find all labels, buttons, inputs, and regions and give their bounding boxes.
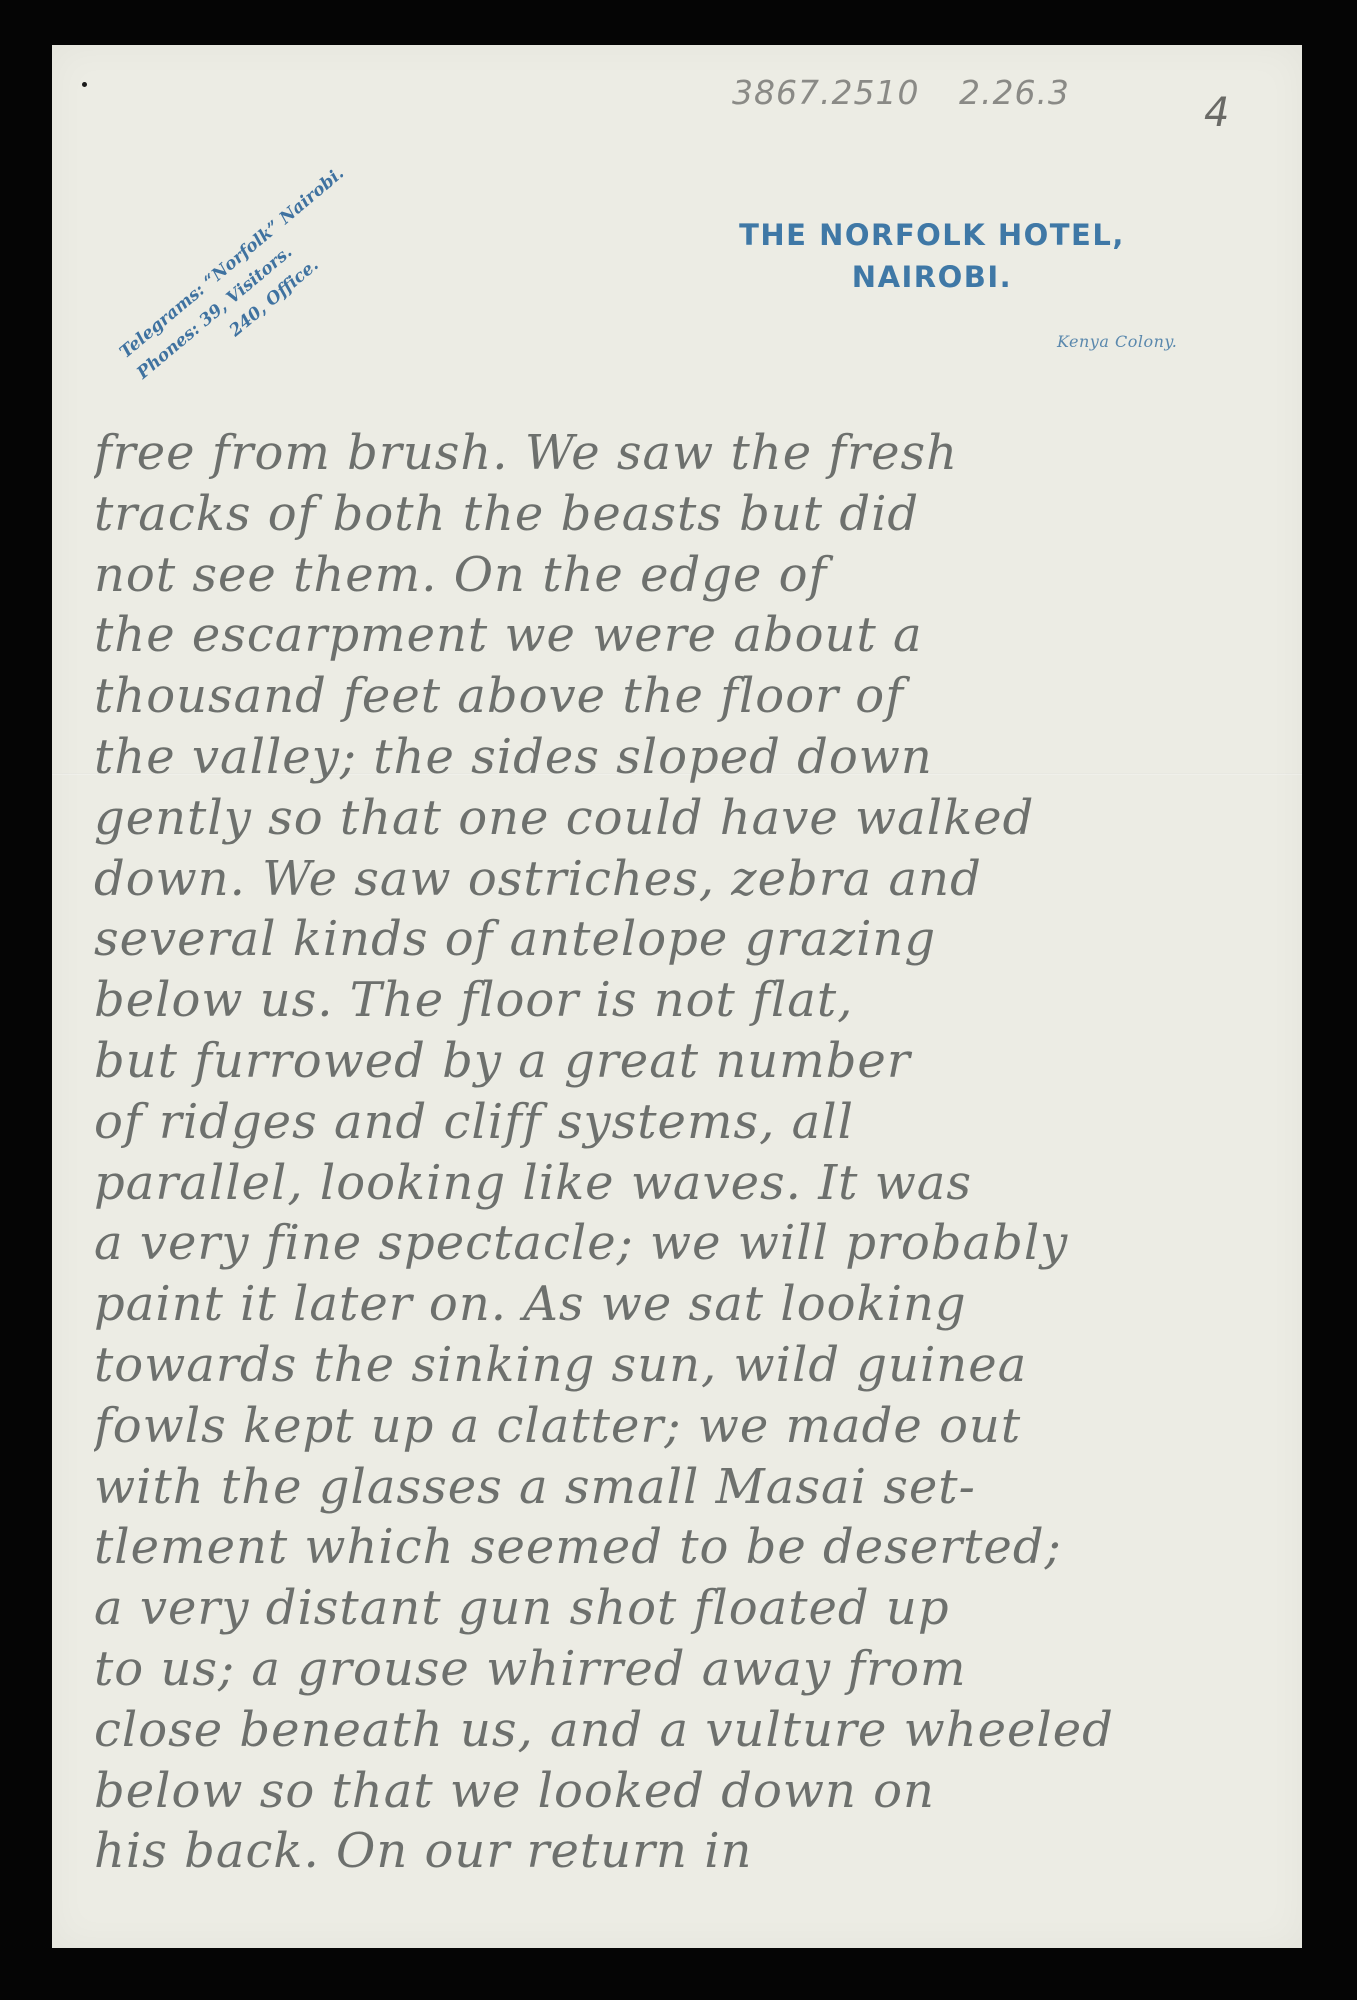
body-line: tlement which seemed to be deserted; [94, 1517, 1309, 1578]
body-line: down. We saw ostriches, zebra and [94, 849, 1309, 910]
body-line: of ridges and cliff systems, all [94, 1092, 1309, 1153]
accession-number: 3867.2510 [732, 73, 919, 112]
handwritten-body: free from brush. We saw the fresh tracks… [94, 423, 1309, 1882]
body-line: his back. On our return in [94, 1821, 1309, 1882]
body-line: close beneath us, and a vulture wheeled [94, 1700, 1309, 1761]
archive-code: 2.26.3 [959, 73, 1070, 112]
phones-visitors-line: Phones: 39, Visitors. [131, 182, 368, 387]
hotel-region: Kenya Colony. [1057, 332, 1177, 351]
body-line: fowls kept up a clatter; we made out [94, 1396, 1309, 1457]
hotel-city: NAIROBI. [672, 255, 1192, 299]
body-line: with the glasses a small Masai set- [94, 1457, 1309, 1518]
paper-speck [82, 82, 87, 87]
body-line: the valley; the sides sloped down [94, 727, 1309, 788]
body-line: a very distant gun shot floated up [94, 1578, 1309, 1639]
body-line: gently so that one could have walked [94, 788, 1309, 849]
body-line: below us. The floor is not flat, [94, 970, 1309, 1031]
hotel-name: THE NORFOLK HOTEL, [672, 215, 1192, 255]
body-line: thousand feet above the floor of [94, 666, 1309, 727]
body-line: several kinds of antelope grazing [94, 909, 1309, 970]
body-line: a very fine spectacle; we will probably [94, 1213, 1309, 1274]
body-line: parallel, looking like waves. It was [94, 1153, 1309, 1214]
body-line: to us; a grouse whirred away from [94, 1639, 1309, 1700]
body-line: towards the sinking sun, wild guinea [94, 1335, 1309, 1396]
page-number: 4 [1204, 90, 1229, 136]
letterhead-contact-stamp: Telegrams: “Norfolk” Nairobi. Phones: 39… [114, 161, 385, 407]
body-line: free from brush. We saw the fresh [94, 423, 1309, 484]
body-line: tracks of both the beasts but did [94, 484, 1309, 545]
letterhead: THE NORFOLK HOTEL, NAIROBI. Kenya Colony… [672, 215, 1192, 299]
archive-pencil-notes: 3867.2510 2.26.3 [732, 73, 1098, 112]
letter-page: 3867.2510 2.26.3 4 Telegrams: “Norfolk” … [52, 45, 1302, 1948]
body-line: but furrowed by a great number [94, 1031, 1309, 1092]
body-line: the escarpment we were about a [94, 605, 1309, 666]
body-line: below so that we looked down on [94, 1761, 1309, 1822]
body-line: not see them. On the edge of [94, 545, 1309, 606]
body-line: paint it later on. As we sat looking [94, 1274, 1309, 1335]
